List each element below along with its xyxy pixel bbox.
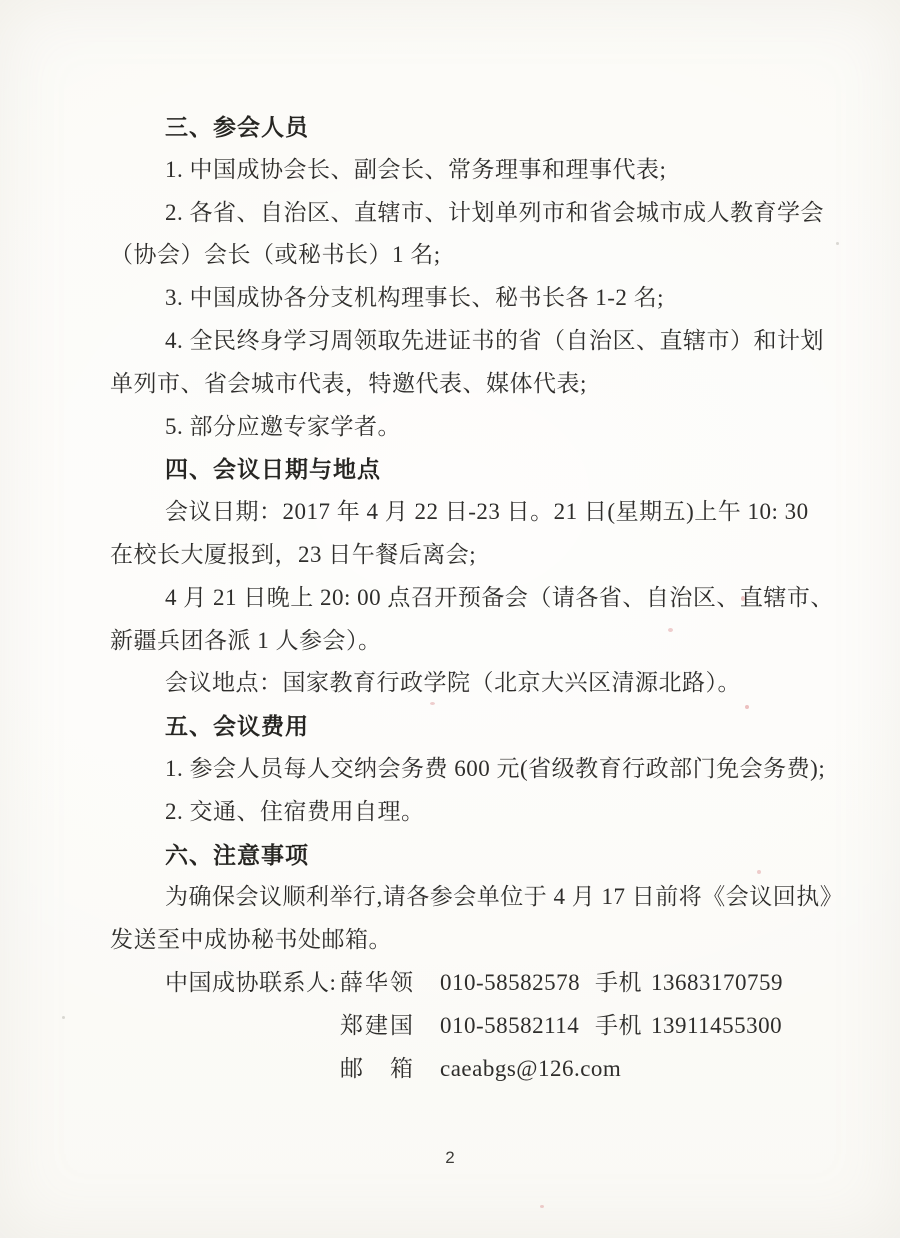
contact-name: 郑建国	[340, 1005, 415, 1048]
mobile-label: 手机	[595, 1013, 642, 1038]
scan-speck	[62, 1016, 65, 1019]
scan-speck	[741, 596, 745, 601]
section-notes-heading: 六、注意事项	[110, 834, 800, 877]
scan-speck	[120, 375, 123, 379]
participants-item-3: 3. 中国成协各分支机构理事长、秘书长各 1-2 名;	[110, 277, 800, 320]
contact-phone: 010-58582578	[440, 962, 580, 1005]
mobile-label: 手机	[595, 970, 642, 995]
meeting-venue-line: 会议地点：国家教育行政学院（北京大兴区清源北路）。	[110, 662, 800, 705]
section-fees-heading: 五、会议费用	[110, 705, 800, 748]
page-number: 2	[0, 1148, 900, 1168]
contact-row: 邮 箱 caeabgs@126.com	[110, 1048, 800, 1091]
contact-row: 郑建国 010-58582114 手机13911455300	[110, 1005, 800, 1048]
mobile-number: 13683170759	[651, 970, 783, 995]
scan-speck	[414, 557, 418, 561]
participants-item-5: 5. 部分应邀专家学者。	[110, 406, 800, 449]
contact-mobile: 手机13683170759	[595, 962, 783, 1005]
contact-email: caeabgs@126.com	[440, 1048, 621, 1091]
document-body: 三、参会人员 1. 中国成协会长、副会长、常务理事和理事代表; 2. 各省、自治…	[110, 106, 800, 1090]
participants-item-4-cont: 单列市、省会城市代表，特邀代表、媒体代表;	[110, 363, 800, 406]
contact-label: 中国成协联系人:	[165, 962, 336, 1005]
scan-speck	[430, 702, 435, 705]
contact-email-label: 邮 箱	[340, 1048, 415, 1091]
participants-item-4: 4. 全民终身学习周领取先进证书的省（自治区、直辖市）和计划	[110, 320, 800, 363]
scan-speck	[540, 1205, 544, 1208]
prep-meeting-line: 4 月 21 日晚上 20: 00 点召开预备会（请各省、自治区、直辖市、	[110, 577, 800, 620]
fees-item-1: 1. 参会人员每人交纳会务费 600 元(省级教育行政部门免会务费);	[110, 748, 800, 791]
meeting-date-line: 会议日期：2017 年 4 月 22 日-23 日。21 日(星期五)上午 10…	[110, 491, 800, 534]
notes-line: 为确保会议顺利举行,请各参会单位于 4 月 17 日前将《会议回执》	[110, 876, 800, 919]
scan-speck	[745, 705, 749, 709]
contact-row: 中国成协联系人: 薛华领 010-58582578 手机13683170759	[110, 962, 800, 1005]
participants-item-2-cont: （协会）会长（或秘书长）1 名;	[110, 234, 800, 277]
meeting-date-line-cont: 在校长大厦报到，23 日午餐后离会;	[110, 534, 800, 577]
scan-speck	[668, 628, 673, 632]
scan-speck	[836, 242, 839, 245]
participants-item-2: 2. 各省、自治区、直辖市、计划单列市和省会城市成人教育学会	[110, 192, 800, 235]
fees-item-2: 2. 交通、住宿费用自理。	[110, 791, 800, 834]
notes-line-cont: 发送至中成协秘书处邮箱。	[110, 919, 800, 962]
prep-meeting-line-cont: 新疆兵团各派 1 人参会）。	[110, 620, 800, 663]
section-participants-heading: 三、参会人员	[110, 106, 800, 149]
participants-item-1: 1. 中国成协会长、副会长、常务理事和理事代表;	[110, 149, 800, 192]
contact-phone: 010-58582114	[440, 1005, 579, 1048]
section-date-venue-heading: 四、会议日期与地点	[110, 448, 800, 491]
scan-speck	[757, 870, 761, 874]
contact-mobile: 手机13911455300	[595, 1005, 782, 1048]
mobile-number: 13911455300	[651, 1013, 782, 1038]
scanned-document-page: 三、参会人员 1. 中国成协会长、副会长、常务理事和理事代表; 2. 各省、自治…	[0, 0, 900, 1238]
contact-name: 薛华领	[340, 962, 415, 1005]
